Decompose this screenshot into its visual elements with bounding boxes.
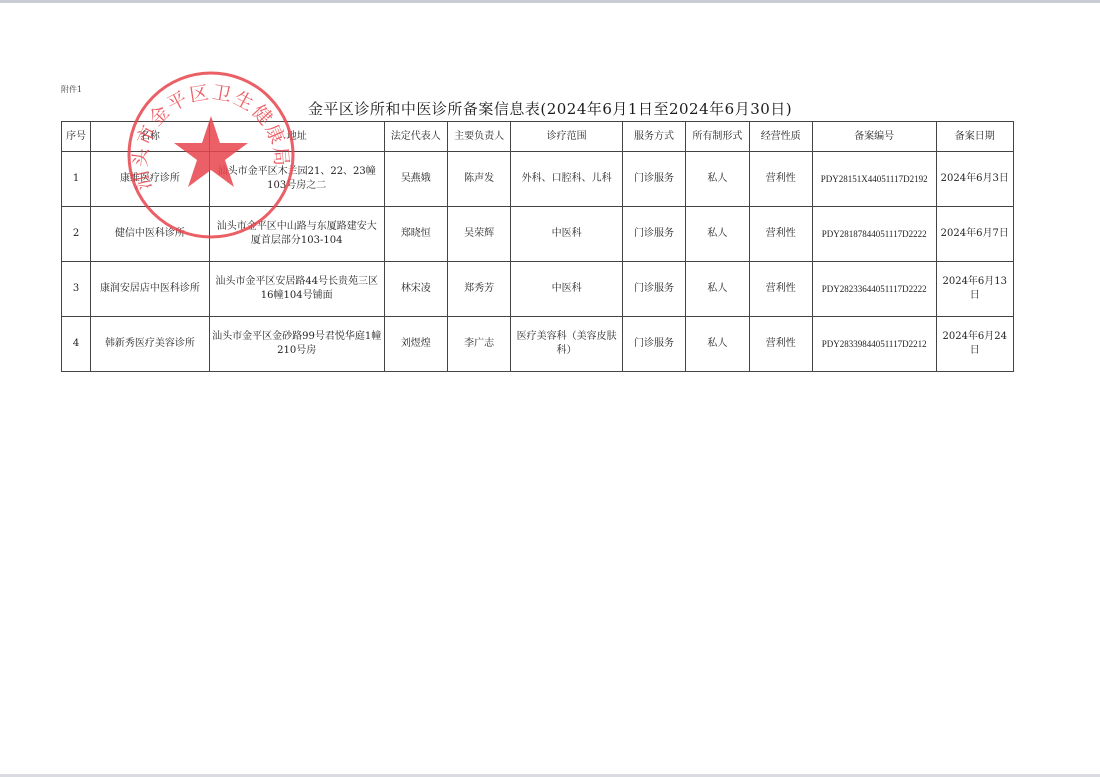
- service-mode-cell: 门诊服务: [622, 262, 685, 317]
- address-cell: 汕头市金平区木兰园21、22、23幢103号房之二: [209, 152, 384, 207]
- column-header: 名称: [91, 122, 210, 152]
- legal-representative-cell: 吴燕娥: [384, 152, 447, 207]
- address-cell: 汕头市金平区安居路44号长贵苑三区16幢104号铺面: [209, 262, 384, 317]
- row-number-cell: 2: [62, 207, 91, 262]
- service-mode-cell: 门诊服务: [622, 317, 685, 372]
- column-header: 所有制形式: [686, 122, 749, 152]
- treatment-scope-cell: 医疗美容科（美容皮肤科）: [511, 317, 623, 372]
- principal-cell: 李广志: [447, 317, 510, 372]
- clinic-name-cell: 康润安居店中医科诊所: [91, 262, 210, 317]
- legal-representative-cell: 林宋凌: [384, 262, 447, 317]
- legal-representative-cell: 刘煜煌: [384, 317, 447, 372]
- ownership-form-cell: 私人: [686, 152, 749, 207]
- column-header: 服务方式: [622, 122, 685, 152]
- header-row: 序号名称地址法定代表人主要负责人诊疗范围服务方式所有制形式经营性质备案编号备案日…: [62, 122, 1014, 152]
- table-row: 2健信中医科诊所汕头市金平区中山路与东厦路建安大厦首层部分103-104郑晓恒吴…: [62, 207, 1014, 262]
- ownership-form-cell: 私人: [686, 317, 749, 372]
- column-header: 主要负责人: [447, 122, 510, 152]
- record-date-cell: 2024年6月24日: [936, 317, 1013, 372]
- principal-cell: 吴荣辉: [447, 207, 510, 262]
- row-number-cell: 1: [62, 152, 91, 207]
- ownership-form-cell: 私人: [686, 262, 749, 317]
- clinic-name-cell: 康维医疗诊所: [91, 152, 210, 207]
- service-mode-cell: 门诊服务: [622, 152, 685, 207]
- column-header: 序号: [62, 122, 91, 152]
- table-row: 4韩新秀医疗美容诊所汕头市金平区金砂路99号君悦华庭1幢210号房刘煜煌李广志医…: [62, 317, 1014, 372]
- scan-top-edge: [0, 0, 1100, 3]
- treatment-scope-cell: 中医科: [511, 262, 623, 317]
- address-cell: 汕头市金平区中山路与东厦路建安大厦首层部分103-104: [209, 207, 384, 262]
- attachment-label: 附件1: [61, 84, 82, 95]
- business-nature-cell: 营利性: [749, 262, 812, 317]
- clinic-name-cell: 健信中医科诊所: [91, 207, 210, 262]
- column-header: 诊疗范围: [511, 122, 623, 152]
- business-nature-cell: 营利性: [749, 207, 812, 262]
- treatment-scope-cell: 外科、口腔科、儿科: [511, 152, 623, 207]
- principal-cell: 陈声发: [447, 152, 510, 207]
- column-header: 法定代表人: [384, 122, 447, 152]
- column-header: 备案日期: [936, 122, 1013, 152]
- principal-cell: 郑秀芳: [447, 262, 510, 317]
- column-header: 经营性质: [749, 122, 812, 152]
- record-date-cell: 2024年6月13日: [936, 262, 1013, 317]
- record-date-cell: 2024年6月7日: [936, 207, 1013, 262]
- service-mode-cell: 门诊服务: [622, 207, 685, 262]
- row-number-cell: 3: [62, 262, 91, 317]
- ownership-form-cell: 私人: [686, 207, 749, 262]
- document-title: 金平区诊所和中医诊所备案信息表(2024年6月1日至2024年6月30日): [290, 98, 810, 119]
- legal-representative-cell: 郑晓恒: [384, 207, 447, 262]
- table-row: 3康润安居店中医科诊所汕头市金平区安居路44号长贵苑三区16幢104号铺面林宋凌…: [62, 262, 1014, 317]
- record-date-cell: 2024年6月3日: [936, 152, 1013, 207]
- record-number-cell: PDY28151X44051117D2192: [812, 152, 936, 207]
- business-nature-cell: 营利性: [749, 317, 812, 372]
- column-header: 备案编号: [812, 122, 936, 152]
- record-number-cell: PDY28187844051117D2222: [812, 207, 936, 262]
- treatment-scope-cell: 中医科: [511, 207, 623, 262]
- business-nature-cell: 营利性: [749, 152, 812, 207]
- row-number-cell: 4: [62, 317, 91, 372]
- column-header: 地址: [209, 122, 384, 152]
- table-row: 1康维医疗诊所汕头市金平区木兰园21、22、23幢103号房之二吴燕娥陈声发外科…: [62, 152, 1014, 207]
- address-cell: 汕头市金平区金砂路99号君悦华庭1幢210号房: [209, 317, 384, 372]
- clinic-name-cell: 韩新秀医疗美容诊所: [91, 317, 210, 372]
- record-number-cell: PDY28339844051117D2212: [812, 317, 936, 372]
- record-number-cell: PDY28233644051117D2222: [812, 262, 936, 317]
- clinic-registration-table: 序号名称地址法定代表人主要负责人诊疗范围服务方式所有制形式经营性质备案编号备案日…: [61, 121, 1014, 372]
